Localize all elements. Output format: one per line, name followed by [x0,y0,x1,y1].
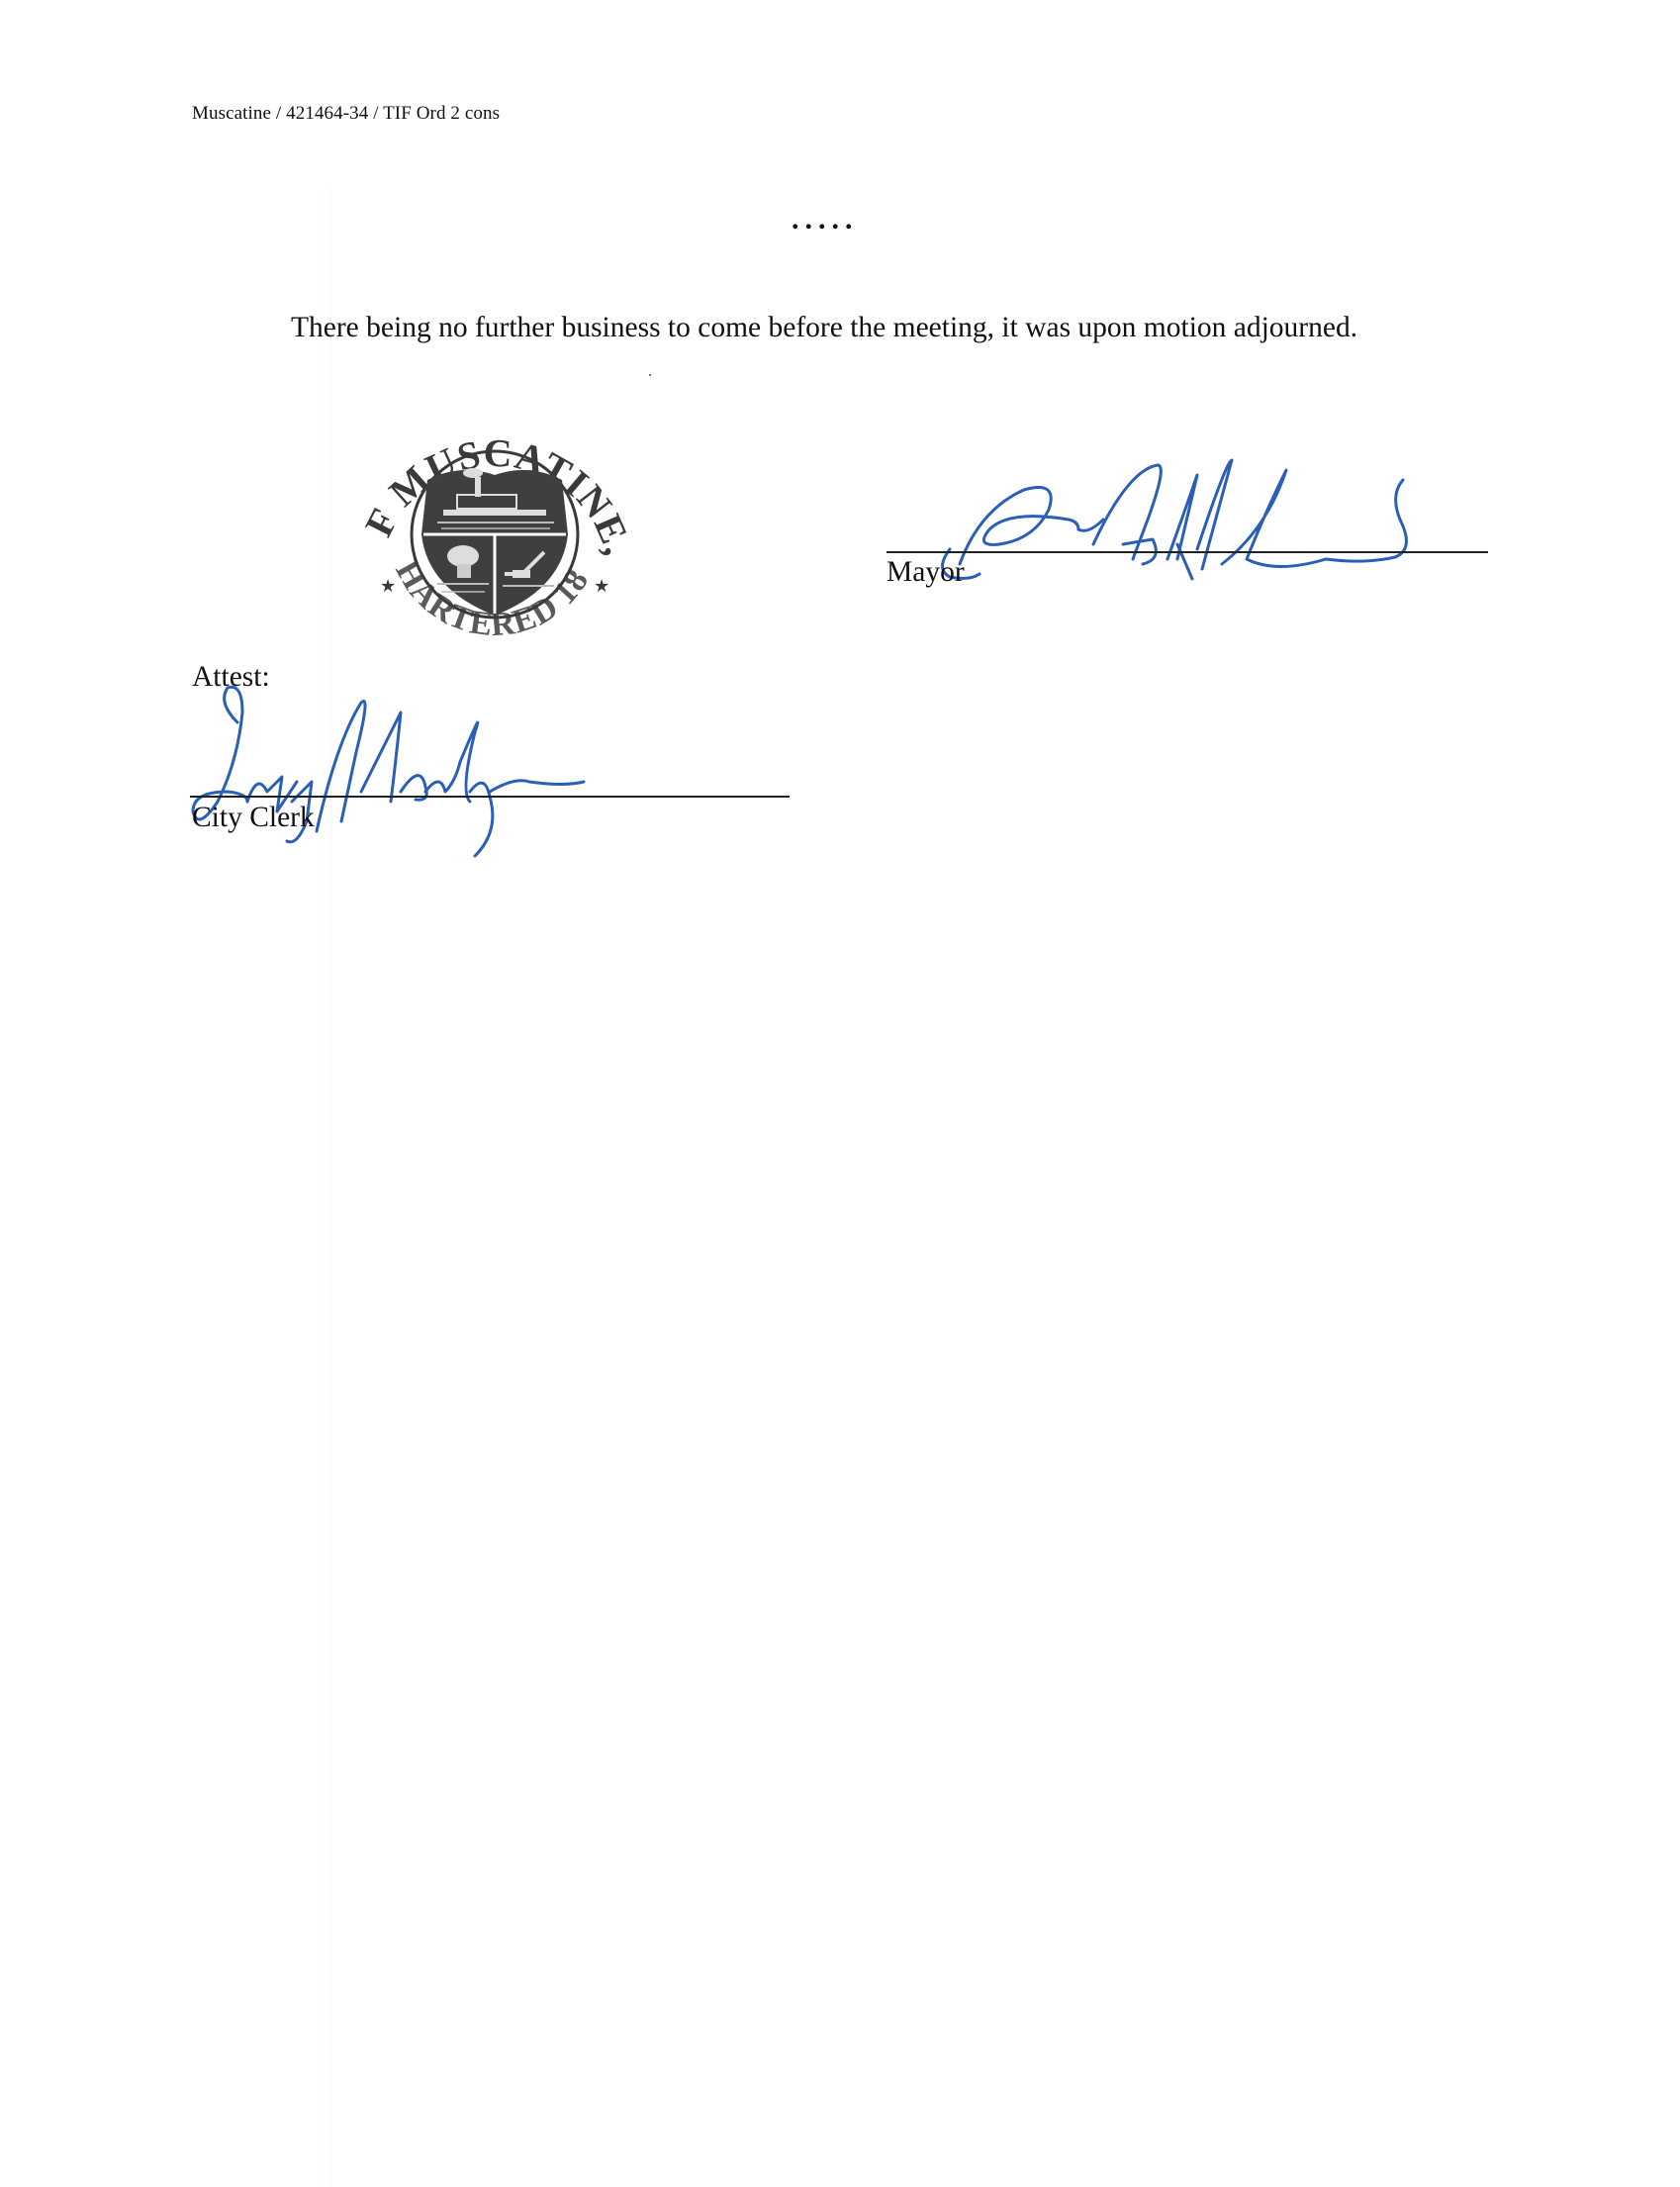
closing-paragraph-text: There being no further business to come … [291,312,1357,343]
svg-text:★: ★ [594,576,609,596]
mayor-label: Mayor [887,556,965,589]
city-clerk-signature-line [190,796,790,798]
mayor-signature-line [887,551,1488,553]
scan-speck [649,374,651,376]
closing-paragraph: There being no further business to come … [192,309,1359,346]
city-clerk-label: City Clerk [192,802,315,834]
document-page: Muscatine / 421464-34 / TIF Ord 2 cons .… [0,0,1680,2187]
section-separator: ..... [792,203,859,237]
city-seal-icon: CITY OF MUSCATINE, IOWA CHARTERED 1851 ★… [346,386,643,683]
city-clerk-signature [188,683,623,861]
svg-text:★: ★ [380,576,396,596]
document-reference-header: Muscatine / 421464-34 / TIF Ord 2 cons [192,103,500,125]
mayor-signature [930,450,1445,589]
scan-artifact-line [330,188,331,2187]
